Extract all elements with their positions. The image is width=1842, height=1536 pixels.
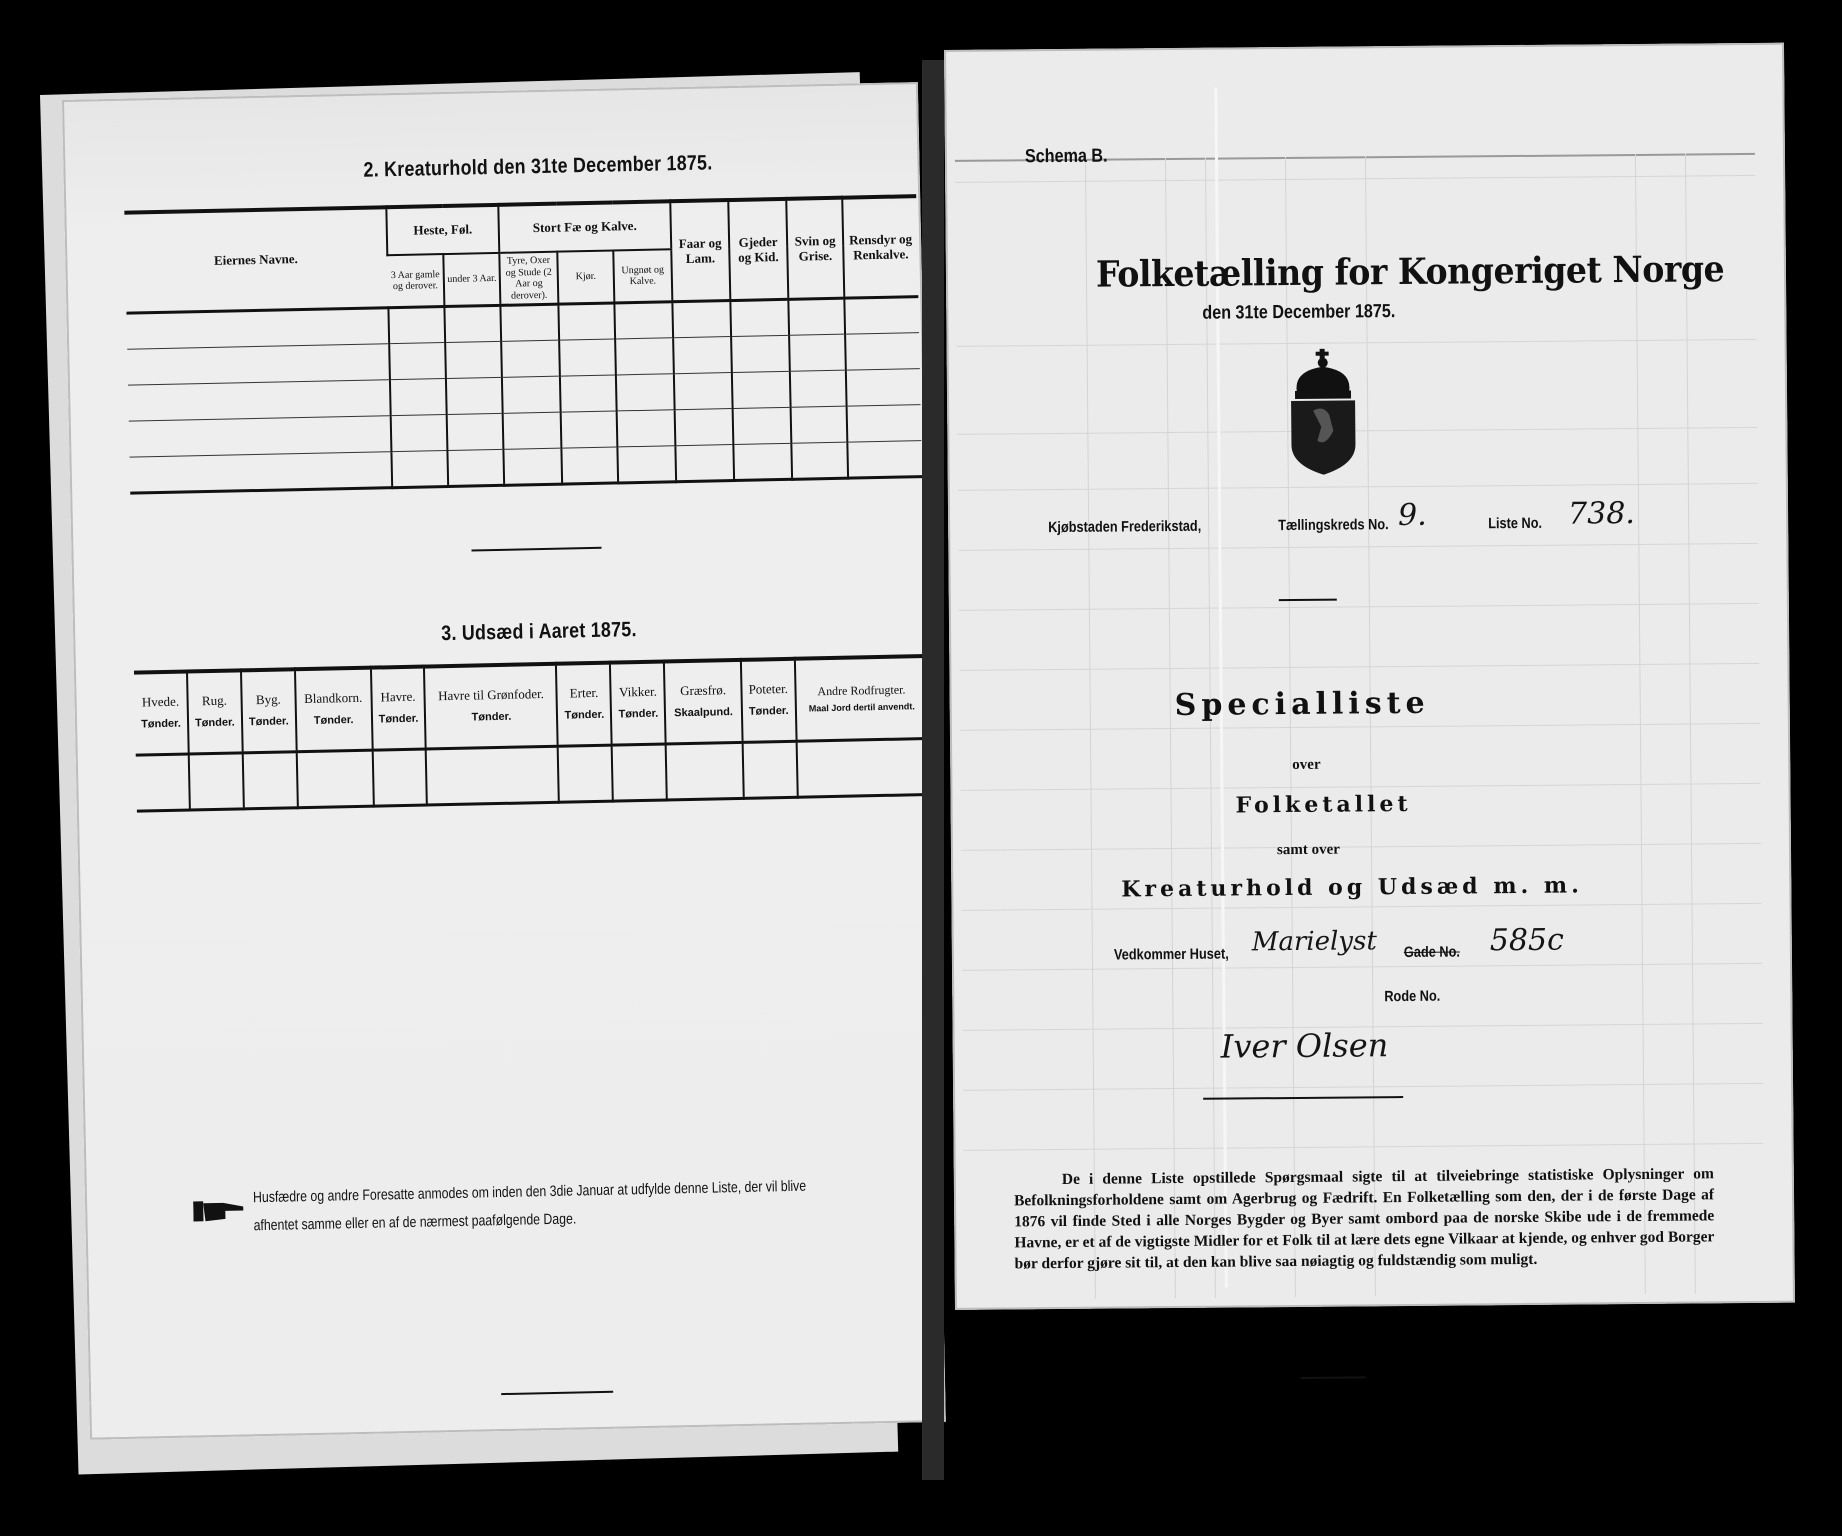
seed-cell[interactable] <box>612 743 667 800</box>
instruction-paragraph: De i denne Liste opstillede Spørgsmaal s… <box>1014 1163 1715 1274</box>
col-crop-10: Andre Rodfrugter.Maal Jord dertil anvend… <box>795 656 928 741</box>
col-crop-6: Erter.Tønder. <box>556 663 612 746</box>
seed-table: Hvede.Tønder. Rug.Tønder. Byg.Tønder. Bl… <box>134 654 929 812</box>
seed-cell[interactable] <box>372 749 427 806</box>
section3-title: 3. Udsæd i Aaret 1875. <box>441 618 637 646</box>
col-horses-group: Heste, Føl. <box>386 205 499 255</box>
specialliste-heading: Specialliste <box>1175 686 1430 723</box>
owner-cell[interactable] <box>129 452 392 493</box>
schema-label: Schema B. <box>1025 146 1108 169</box>
municipality-label: Kjøbstaden Frederikstad, <box>1048 518 1201 536</box>
owner-cell[interactable] <box>126 308 389 349</box>
col-crop-5: Havre til Grønfoder.Tønder. <box>424 664 558 749</box>
seed-cell[interactable] <box>796 738 928 797</box>
book-spine <box>922 60 944 1480</box>
col-crop-4: Havre.Tønder. <box>370 667 426 750</box>
divider <box>1279 599 1337 602</box>
col-pigs: Svin og Grise. <box>786 198 844 300</box>
livestock-table: Eiernes Navne. Heste, Føl. Stort Fæ og K… <box>124 194 922 495</box>
col-sheep: Faar og Lam. <box>670 200 730 302</box>
col-horses-young: under 3 Aar. <box>443 253 500 307</box>
col-owner: Eiernes Navne. <box>124 207 388 313</box>
col-cattle-group: Stort Fæ og Kalve. <box>498 201 671 253</box>
col-cattle-young: Ungnøt og Kalve. <box>613 249 672 303</box>
seed-cell[interactable] <box>426 746 559 805</box>
samt-over-text: samt over <box>1277 842 1340 860</box>
section2-title: 2. Kreaturhold den 31te December 1875. <box>363 151 712 182</box>
district-value[interactable]: 9. <box>1398 498 1427 533</box>
col-crop-9: Poteter.Tønder. <box>741 659 797 742</box>
rode-label: Rode No. <box>1384 988 1440 1005</box>
street-value[interactable]: 585c <box>1490 923 1564 959</box>
list-value[interactable]: 738. <box>1568 496 1635 532</box>
seed-cell[interactable] <box>742 741 797 798</box>
col-crop-2: Byg.Tønder. <box>241 669 297 752</box>
col-crop-7: Vikker.Tønder. <box>610 662 666 745</box>
seed-cell[interactable] <box>189 752 244 809</box>
col-crop-3: Blandkorn.Tønder. <box>295 668 372 752</box>
col-cattle-cows: Kjør. <box>557 250 614 304</box>
street-label: Gade No. <box>1404 944 1460 961</box>
owner-cell[interactable] <box>127 344 390 385</box>
folketallet-text: Folketallet <box>1235 791 1411 819</box>
signature[interactable]: Iver Olsen <box>1221 1026 1389 1065</box>
census-date: den 31te December 1875. <box>1202 301 1395 325</box>
house-label: Vedkommer Huset, <box>1114 946 1229 964</box>
over-text: over <box>1292 757 1320 774</box>
col-reindeer: Rensdyr og Renkalve. <box>842 196 918 298</box>
divider <box>472 547 602 552</box>
norwegian-coat-of-arms-icon <box>1287 348 1360 475</box>
census-title: Folketælling for Kongeriget Norge <box>1096 248 1725 295</box>
divider <box>501 1391 613 1395</box>
col-crop-1: Rug.Tønder. <box>187 670 243 753</box>
seed-cell[interactable] <box>666 742 744 800</box>
col-crop-0: Hvede.Tønder. <box>134 672 189 755</box>
seed-cell[interactable] <box>136 753 190 810</box>
owner-cell[interactable] <box>129 416 392 457</box>
col-horses-old: 3 Aar gamle og derover. <box>387 254 444 308</box>
seed-cell[interactable] <box>558 745 613 802</box>
pointing-hand-icon <box>193 1196 246 1225</box>
left-page: 2. Kreaturhold den 31te December 1875. E… <box>62 82 946 1440</box>
livestock-heading: Kreaturhold og Udsæd m. m. <box>1121 872 1583 902</box>
col-goats: Gjeder og Kid. <box>728 199 788 301</box>
owner-cell[interactable] <box>128 380 391 421</box>
seed-cell[interactable] <box>296 750 373 808</box>
divider <box>1301 1376 1366 1379</box>
seed-cell[interactable] <box>242 751 297 808</box>
col-cattle-bulls: Tyre, Oxer og Stude (2 Aar og derover). <box>499 252 558 306</box>
note-line-2: afhentet samme eller en af de nærmest pa… <box>253 1205 576 1240</box>
house-value[interactable]: Marielyst <box>1252 926 1377 957</box>
district-label: Tællingskreds No. <box>1278 516 1389 534</box>
list-label: Liste No. <box>1488 515 1542 532</box>
col-crop-8: Græsfrø.Skaalpund. <box>664 660 742 744</box>
right-page: Schema B. Folketælling for Kongeriget No… <box>944 43 1795 1310</box>
